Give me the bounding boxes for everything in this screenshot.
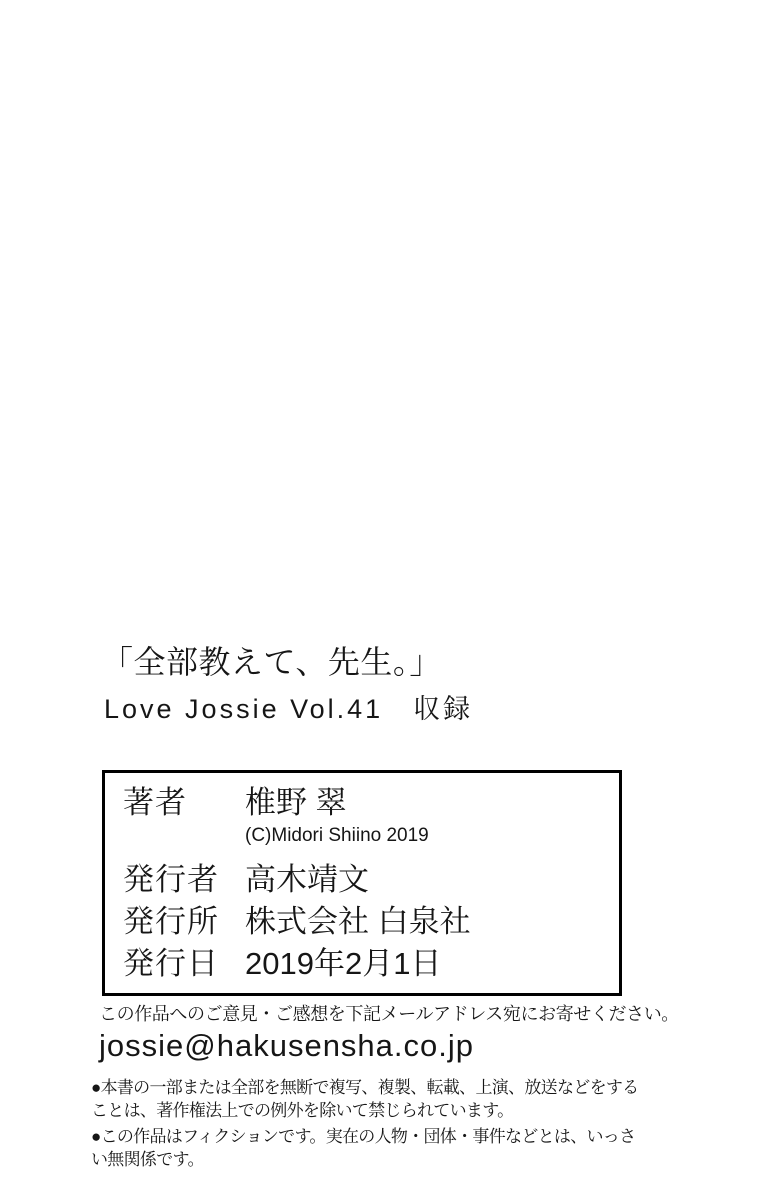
contact-email: jossie@hakusensha.co.jp: [99, 1026, 474, 1066]
colophon-page: 「全部教えて、先生。」 Love Jossie Vol.41 収録 著者 椎野 …: [0, 0, 759, 1200]
copyright-notice: ●本書の一部または全部を無断で複写、複製、転載、上演、放送などをすることは、著作…: [91, 1076, 646, 1122]
publication-date-value: 2019年2月1日: [245, 943, 441, 985]
feedback-note: この作品へのご意見・ご感想を下記メールアドレス宛にお寄せください。: [99, 1002, 679, 1026]
publication-date-label: 発行日: [123, 943, 245, 985]
publisher-company-row: 発行所 株式会社 白泉社: [123, 901, 619, 943]
author-label: 著者: [123, 785, 245, 821]
publication-info: Love Jossie Vol.41 収録: [104, 695, 473, 725]
publication-date-row: 発行日 2019年2月1日: [123, 943, 619, 985]
work-title: 「全部教えて、先生。」: [101, 642, 442, 682]
fiction-notice: ●この作品はフィクションです。実在の人物・団体・事件などとは、いっさい無関係です…: [91, 1125, 646, 1171]
publisher-person-label: 発行者: [123, 859, 245, 901]
publisher-company-name: 株式会社 白泉社: [245, 901, 471, 943]
author-name: 椎野 翠: [245, 785, 429, 821]
author-value-block: 椎野 翠 (C)Midori Shiino 2019: [245, 785, 429, 847]
publisher-person-row: 発行者 高木靖文: [123, 859, 619, 901]
publisher-person-name: 高木靖文: [245, 859, 369, 901]
author-row: 著者 椎野 翠 (C)Midori Shiino 2019: [123, 785, 619, 847]
legal-notices: ●本書の一部または全部を無断で複写、複製、転載、上演、放送などをすることは、著作…: [91, 1076, 646, 1174]
colophon-box: 著者 椎野 翠 (C)Midori Shiino 2019 発行者 高木靖文 発…: [102, 770, 622, 996]
copyright-line: (C)Midori Shiino 2019: [245, 825, 429, 847]
publisher-company-label: 発行所: [123, 901, 245, 943]
